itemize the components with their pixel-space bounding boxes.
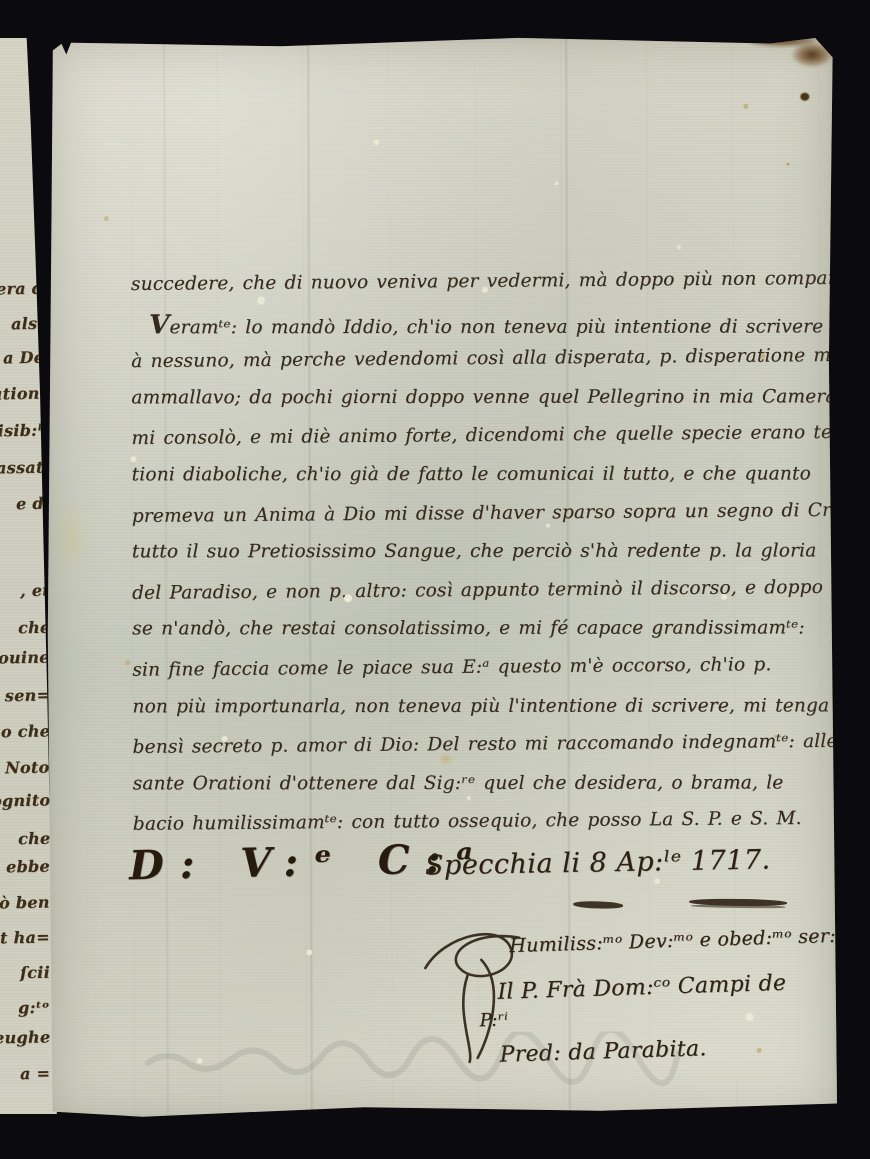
- strip-fragment: n sen=: [0, 687, 50, 704]
- strip-fragment: Noto: [5, 760, 50, 777]
- strip-fragment: visib:ˡᵉ: [0, 422, 50, 439]
- strip-fragment: ceughe: [0, 1029, 50, 1046]
- strip-fragment: g:ᵗᵒ: [18, 1000, 50, 1017]
- strip-fragment: atione: [0, 385, 50, 402]
- manuscript-page: succedere, che di nuovo veniva per veder…: [44, 35, 838, 1122]
- strip-fragment: t ha=: [0, 930, 50, 947]
- strip-fragment: ſcii: [20, 965, 50, 982]
- paper-flecks: [44, 37, 48, 41]
- scan-background: era dialsi:a De:ationevisib:ˡᵉassatie di…: [0, 0, 870, 1159]
- strip-fragment: ò ben: [0, 895, 50, 912]
- strip-fragment: gio che: [0, 723, 50, 740]
- strip-fragment: ognito: [0, 792, 50, 809]
- foxing-spots: [44, 37, 47, 40]
- strip-fragment: alsi:: [11, 316, 50, 333]
- strip-fragment: assati: [0, 460, 50, 477]
- strip-fragment: che: [17, 620, 50, 637]
- edge-shading: [44, 35, 838, 1122]
- strip-fragment: , et: [20, 583, 50, 600]
- strip-fragment: e di: [16, 496, 50, 513]
- strip-fragment: a De:: [2, 350, 50, 367]
- letter-body: succedere, che di nuovo veniva per veder…: [44, 35, 834, 38]
- strip-fragment: a =: [20, 1066, 51, 1083]
- strip-fragment: che: [17, 831, 50, 848]
- strip-fragment: ebbe: [6, 859, 50, 876]
- strip-fragment: ouine: [0, 650, 50, 667]
- signature-block: Humiliss:ᵐᵒ Dev:ᵐᵒ e obed:ᵐᵒ ser: vero.I…: [44, 35, 834, 38]
- strip-fragment: era di: [0, 281, 50, 298]
